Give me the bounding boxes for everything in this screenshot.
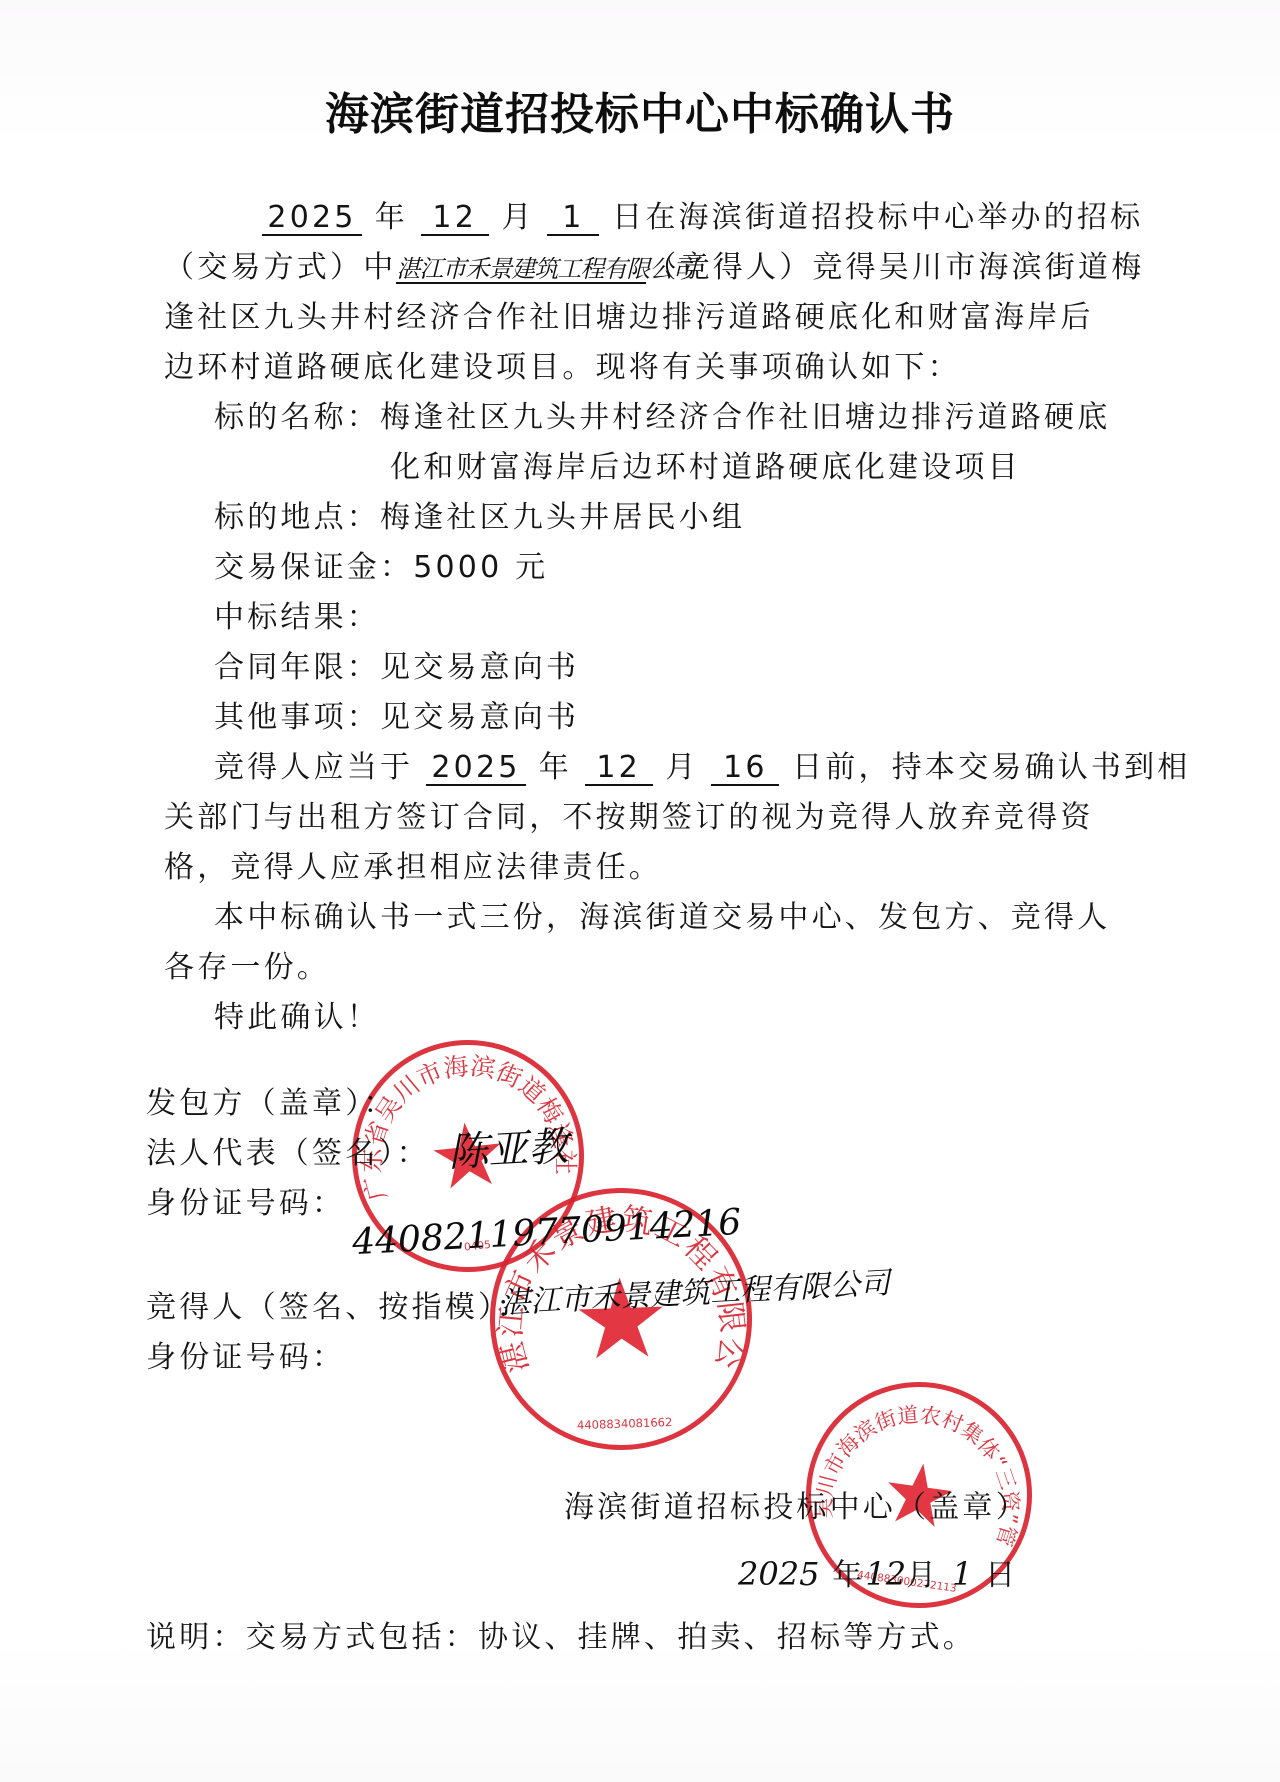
- year-suffix: 年: [539, 750, 572, 785]
- intro-line-4: 边环村道路硬底化建设项目。现将有关事项确认如下：: [164, 342, 961, 386]
- field-location: 标的地点：梅逢社区九头井居民小组: [214, 492, 745, 536]
- field-value: 5000 元: [413, 550, 548, 585]
- deadline-prefix: 竞得人应当于: [214, 750, 413, 785]
- month-suffix: 月: [665, 750, 698, 785]
- field-value: 见交易意向书: [380, 700, 579, 735]
- employer-seal-label: 发包方（盖章）：: [146, 1078, 397, 1122]
- month-suffix: 月: [501, 200, 534, 235]
- svg-text:4408834081662: 4408834081662: [577, 1415, 673, 1432]
- intro-line-3: 逢社区九头井村经济合作社旧塘边排污道路硬底化和财富海岸后: [164, 292, 1094, 336]
- day-suffix: 日: [985, 1558, 1018, 1593]
- bidder-label: 竞得人（签名、按指模）：: [146, 1282, 529, 1326]
- field-contract-term: 合同年限：见交易意向书: [214, 642, 579, 686]
- deadline-month: 12: [585, 752, 653, 786]
- deadline-year: 2025: [426, 752, 526, 786]
- intro-text: 日在海滨街道招投标中心举办的招标: [612, 200, 1143, 235]
- intro-month: 12: [421, 202, 489, 236]
- deadline-line-1: 竞得人应当于 2025 年 12 月 16 日前，持本交易确认书到相: [214, 742, 1191, 786]
- id-label-1: 身份证号码：: [146, 1178, 345, 1222]
- date-year-handwritten: 2025: [738, 1555, 819, 1593]
- intro-day: 1: [547, 202, 599, 236]
- document-title: 海滨街道招投标中心中标确认书: [0, 78, 1280, 142]
- legal-rep-signature: 陈亚教: [447, 1115, 570, 1178]
- field-subject-name-cont: 化和财富海岸后边环村道路硬底化建设项目: [390, 442, 1021, 486]
- confirm-text: 特此确认！: [214, 992, 380, 1036]
- document-page: 海滨街道招投标中心中标确认书 2025 年 12 月 1 日在海滨街道招投标中心…: [0, 0, 1280, 1782]
- field-value: 见交易意向书: [380, 650, 579, 685]
- deadline-suffix: 日前，持本交易确认书到相: [792, 750, 1190, 785]
- field-value: 梅逢社区九头井居民小组: [380, 500, 745, 535]
- center-seal-label: 海滨街道招标投标中心（盖章）: [564, 1482, 1029, 1526]
- deadline-line-2: 关部门与出租方签订合同，不按期签订的视为竞得人放弃竞得资: [164, 792, 1094, 836]
- footnote: 说明：交易方式包括：协议、挂牌、拍卖、招标等方式。: [146, 1612, 976, 1656]
- id-label-2: 身份证号码：: [146, 1332, 345, 1376]
- field-deposit: 交易保证金：5000 元: [214, 542, 548, 586]
- intro-line-2: （交易方式）中湛江市禾景建筑工程有限公司（竞得人）竞得吴川市海滨街道梅: [164, 242, 1144, 286]
- field-other: 其他事项：见交易意向书: [214, 692, 579, 736]
- intro-line-1: 2025 年 12 月 1 日在海滨街道招投标中心举办的招标: [262, 192, 1143, 236]
- field-label: 中标结果：: [214, 600, 380, 635]
- field-label: 交易保证金：: [214, 550, 413, 585]
- field-label: 标的地点：: [214, 500, 380, 535]
- field-label: 其他事项：: [214, 700, 380, 735]
- deadline-day: 16: [711, 752, 779, 786]
- copies-line-1: 本中标确认书一式三份，海滨街道交易中心、发包方、竞得人: [214, 892, 1110, 936]
- field-label: 合同年限：: [214, 650, 380, 685]
- winner-handwritten: 湛江市禾景建筑工程有限公司: [396, 257, 646, 284]
- field-label: 标的名称：: [214, 400, 380, 435]
- trade-method-label: （交易方式）中: [164, 250, 396, 285]
- year-suffix: 年: [832, 1558, 865, 1593]
- deadline-line-3: 格，竞得人应承担相应法律责任。: [164, 842, 662, 886]
- field-subject-name: 标的名称：梅逢社区九头井村经济合作社旧塘边排污道路硬底: [214, 392, 1110, 436]
- field-value: 梅逢社区九头井村经济合作社旧塘边排污道路硬底: [380, 400, 1110, 435]
- date-month-handwritten: 12: [865, 1555, 906, 1593]
- month-suffix: 月: [906, 1558, 939, 1593]
- date-day-handwritten: 1: [952, 1555, 972, 1593]
- copies-line-2: 各存一份。: [164, 942, 330, 986]
- center-date: 2025 年12月 1 日: [738, 1550, 1018, 1594]
- year-suffix: 年: [375, 200, 408, 235]
- intro-year: 2025: [262, 202, 362, 236]
- intro-line2-suffix: （竞得人）竞得吴川市海滨街道梅: [646, 250, 1144, 285]
- legal-rep-label: 法人代表（签名）：: [146, 1128, 430, 1172]
- field-result: 中标结果：: [214, 592, 380, 636]
